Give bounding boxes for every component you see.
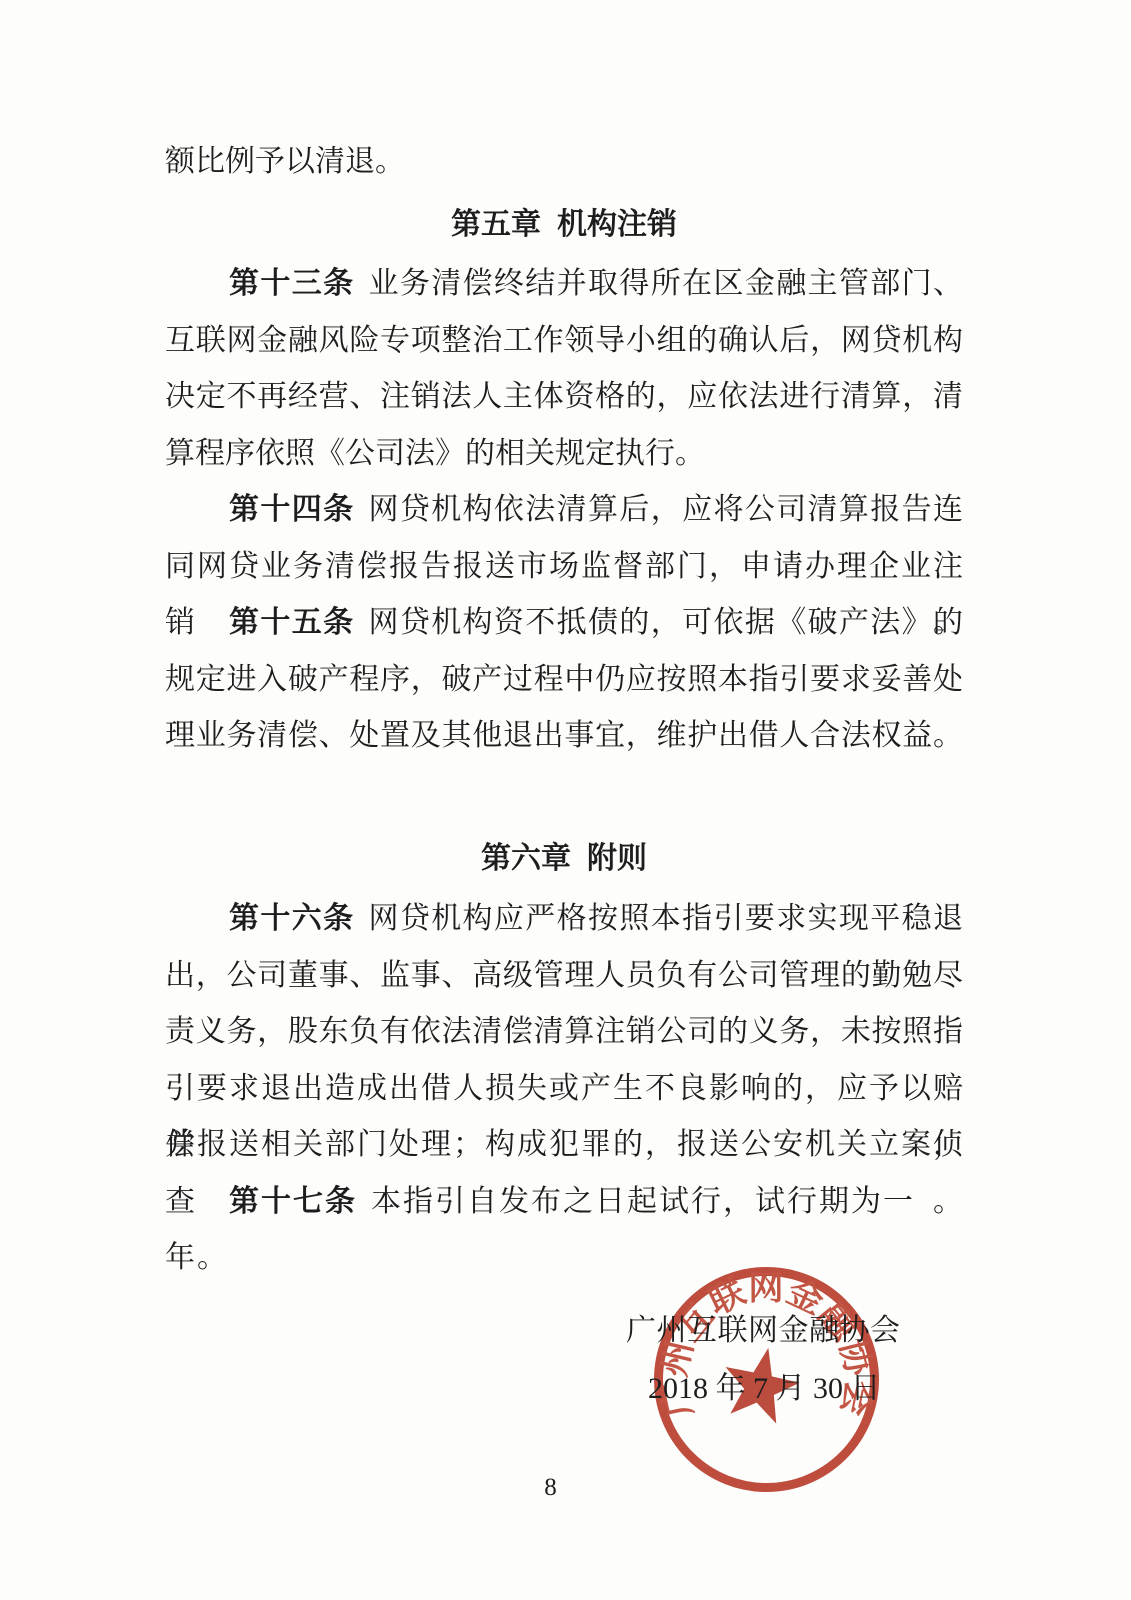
article-15-line-3: 理业务清偿、处置及其他退出事宜，维护出借人合法权益。 xyxy=(165,708,963,765)
article-15-label: 第十五条 xyxy=(229,606,354,639)
article-17-label: 第十七条 xyxy=(229,1185,357,1218)
chapter-5-heading: 第五章机构注销 xyxy=(165,197,963,254)
article-15-line-1: 第十五条网贷机构资不抵债的，可依据《破产法》的 xyxy=(165,595,963,652)
signature-date: 2018 年 7 月 30 日 xyxy=(648,1360,881,1417)
chapter-5-number: 第五章 xyxy=(451,208,541,241)
article-13-line-2: 互联网金融风险专项整治工作领导小组的确认后，网贷机构 xyxy=(165,313,963,370)
chapter-5-title: 机构注销 xyxy=(557,208,677,241)
paragraph-line: 额比例予以清退。 xyxy=(165,134,963,191)
article-16-label: 第十六条 xyxy=(229,902,354,935)
article-16-line-5: 并报送相关部门处理；构成犯罪的，报送公安机关立案侦查。 xyxy=(165,1117,963,1174)
page-number: 8 xyxy=(0,1468,1101,1508)
article-16-line-3: 责义务，股东负有依法清偿清算注销公司的义务，未按照指 xyxy=(165,1004,963,1061)
article-14-line-1: 第十四条网贷机构依法清算后，应将公司清算报告连 xyxy=(165,482,963,539)
article-14-label: 第十四条 xyxy=(229,493,354,526)
document-body: 额比例予以清退。 第五章机构注销 第十三条业务清偿终结并取得所在区金融主管部门、… xyxy=(165,134,963,1230)
article-17-line-1: 第十七条本指引自发布之日起试行，试行期为一年。 xyxy=(165,1174,963,1231)
document-page: 广州互联网金融协会 额比例予以清退。 第五章机构注销 第十三条业务清偿终结并取得… xyxy=(0,0,1131,1600)
article-13-text: 业务清偿终结并取得所在区金融主管部门、 xyxy=(368,267,963,300)
chapter-6-heading: 第六章附则 xyxy=(165,831,963,888)
chapter-6-number: 第六章 xyxy=(481,842,571,875)
article-14-line-2: 同网贷业务清偿报告报送市场监督部门，申请办理企业注销。 xyxy=(165,539,963,596)
chapter-6-title: 附则 xyxy=(587,842,647,875)
article-16-line-1: 第十六条网贷机构应严格按照本指引要求实现平稳退 xyxy=(165,891,963,948)
article-15-text: 网贷机构资不抵债的，可依据《破产法》的 xyxy=(368,606,963,639)
article-13-line-4: 算程序依照《公司法》的相关规定执行。 xyxy=(165,426,963,483)
article-13-line-1: 第十三条业务清偿终结并取得所在区金融主管部门、 xyxy=(165,256,963,313)
article-16-line-2: 出，公司董事、监事、高级管理人员负有公司管理的勤勉尽 xyxy=(165,948,963,1005)
article-15-line-2: 规定进入破产程序，破产过程中仍应按照本指引要求妥善处 xyxy=(165,652,963,709)
article-14-text: 网贷机构依法清算后，应将公司清算报告连 xyxy=(368,493,963,526)
article-16-line-4: 引要求退出造成出借人损失或产生不良影响的，应予以赔偿， xyxy=(165,1061,963,1118)
signature-organization: 广州互联网金融协会 xyxy=(626,1302,901,1359)
article-13-line-3: 决定不再经营、注销法人主体资格的，应依法进行清算，清 xyxy=(165,369,963,426)
article-13-label: 第十三条 xyxy=(229,267,354,300)
article-16-text: 网贷机构应严格按照本指引要求实现平稳退 xyxy=(368,902,963,935)
